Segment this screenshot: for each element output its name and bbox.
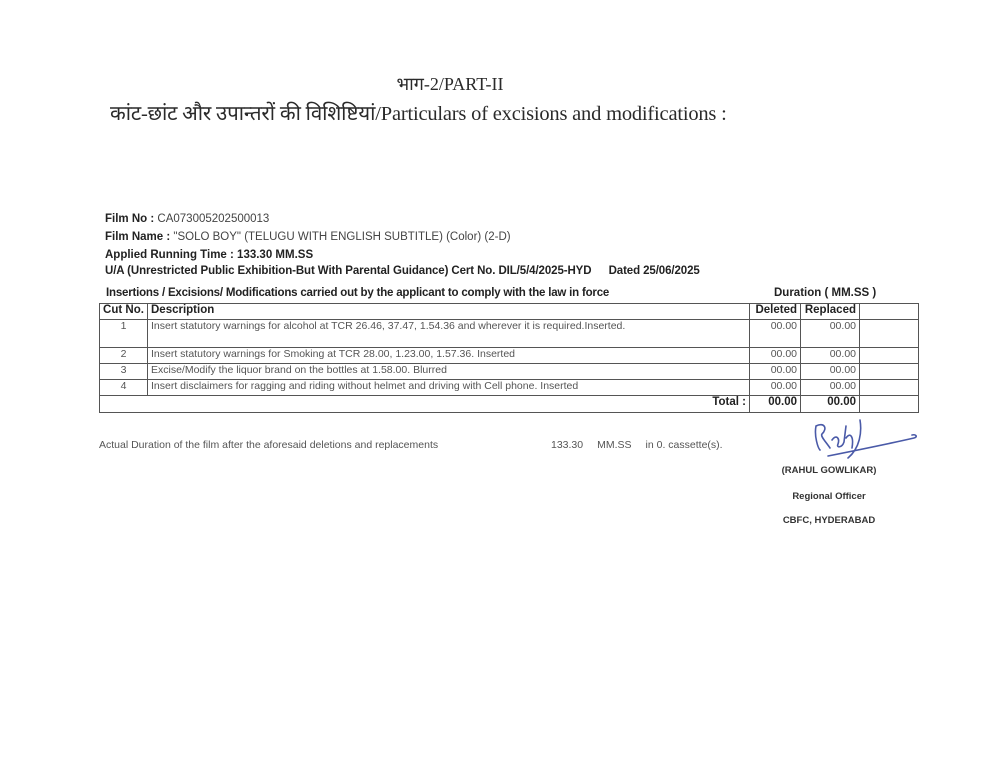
description-cell: Insert disclaimers for ragging and ridin…: [148, 380, 750, 396]
film-name-value: "SOLO BOY" (TELUGU WITH ENGLISH SUBTITLE…: [173, 231, 510, 243]
total-replaced: 00.00: [801, 396, 860, 413]
running-time-label: Applied Running Time :: [105, 249, 234, 261]
dated-value: 25/06/2025: [643, 265, 700, 277]
page-heading: कांट-छांट और उपान्तरों की विशिष्टियां/Pa…: [110, 99, 727, 127]
col-description: Description: [148, 304, 750, 320]
description-cell: Excise/Modify the liquor brand on the bo…: [148, 364, 750, 380]
replaced-cell: 00.00: [801, 364, 860, 380]
part-title: भाग-2/PART-II: [0, 72, 900, 96]
blank-cell: [860, 380, 919, 396]
modifications-caption: Insertions / Excisions/ Modifications ca…: [106, 287, 609, 299]
col-blank: [860, 304, 919, 320]
table-row: 3 Excise/Modify the liquor brand on the …: [100, 364, 919, 380]
table-header-row: Cut No. Description Deleted Replaced: [100, 304, 919, 320]
cut-no-cell: 2: [100, 348, 148, 364]
deleted-cell: 00.00: [750, 380, 801, 396]
table-row: 1 Insert statutory warnings for alcohol …: [100, 320, 919, 348]
deleted-cell: 00.00: [750, 364, 801, 380]
certificate-text: U/A (Unrestricted Public Exhibition-But …: [105, 265, 495, 277]
running-time-value: 133.30 MM.SS: [237, 249, 313, 261]
cut-no-cell: 1: [100, 320, 148, 348]
film-no-value: CA073005202500013: [157, 213, 269, 225]
dated-label: Dated: [609, 265, 640, 277]
replaced-cell: 00.00: [801, 380, 860, 396]
description-cell: Insert statutory warnings for alcohol at…: [148, 320, 750, 348]
total-label: Total :: [100, 396, 750, 413]
cassette-count: in 0. cassette(s).: [646, 439, 723, 451]
total-deleted: 00.00: [750, 396, 801, 413]
table-row: 2 Insert statutory warnings for Smoking …: [100, 348, 919, 364]
blank-cell: [860, 348, 919, 364]
film-name-field: Film Name : "SOLO BOY" (TELUGU WITH ENGL…: [105, 231, 511, 243]
col-replaced: Replaced: [801, 304, 860, 320]
film-no-label: Film No :: [105, 213, 154, 225]
officer-office: CBFC, HYDERABAD: [770, 515, 888, 526]
deleted-cell: 00.00: [750, 348, 801, 364]
cut-no-cell: 3: [100, 364, 148, 380]
col-cut-no: Cut No.: [100, 304, 148, 320]
table-row: 4 Insert disclaimers for ragging and rid…: [100, 380, 919, 396]
blank-cell: [860, 396, 919, 413]
blank-cell: [860, 320, 919, 348]
cert-no: DIL/5/4/2025-HYD: [498, 265, 591, 277]
signature-icon: [808, 418, 918, 463]
replaced-cell: 00.00: [801, 348, 860, 364]
film-no-field: Film No : CA073005202500013: [105, 213, 269, 225]
actual-duration-value: 133.30MM.SSin 0. cassette(s).: [551, 439, 737, 451]
film-name-label: Film Name :: [105, 231, 170, 243]
col-deleted: Deleted: [750, 304, 801, 320]
duration-caption: Duration ( MM.SS ): [774, 287, 876, 299]
certificate-line: U/A (Unrestricted Public Exhibition-But …: [105, 265, 700, 277]
modifications-table: Cut No. Description Deleted Replaced 1 I…: [99, 303, 919, 413]
blank-cell: [860, 364, 919, 380]
description-cell: Insert statutory warnings for Smoking at…: [148, 348, 750, 364]
running-time-field: Applied Running Time : 133.30 MM.SS: [105, 249, 313, 261]
officer-name: (RAHUL GOWLIKAR): [770, 465, 888, 476]
actual-duration-unit: MM.SS: [597, 439, 631, 451]
total-row: Total : 00.00 00.00: [100, 396, 919, 413]
deleted-cell: 00.00: [750, 320, 801, 348]
actual-duration-number: 133.30: [551, 439, 583, 451]
cut-no-cell: 4: [100, 380, 148, 396]
officer-title: Regional Officer: [770, 491, 888, 502]
replaced-cell: 00.00: [801, 320, 860, 348]
actual-duration-label: Actual Duration of the film after the af…: [99, 439, 438, 451]
